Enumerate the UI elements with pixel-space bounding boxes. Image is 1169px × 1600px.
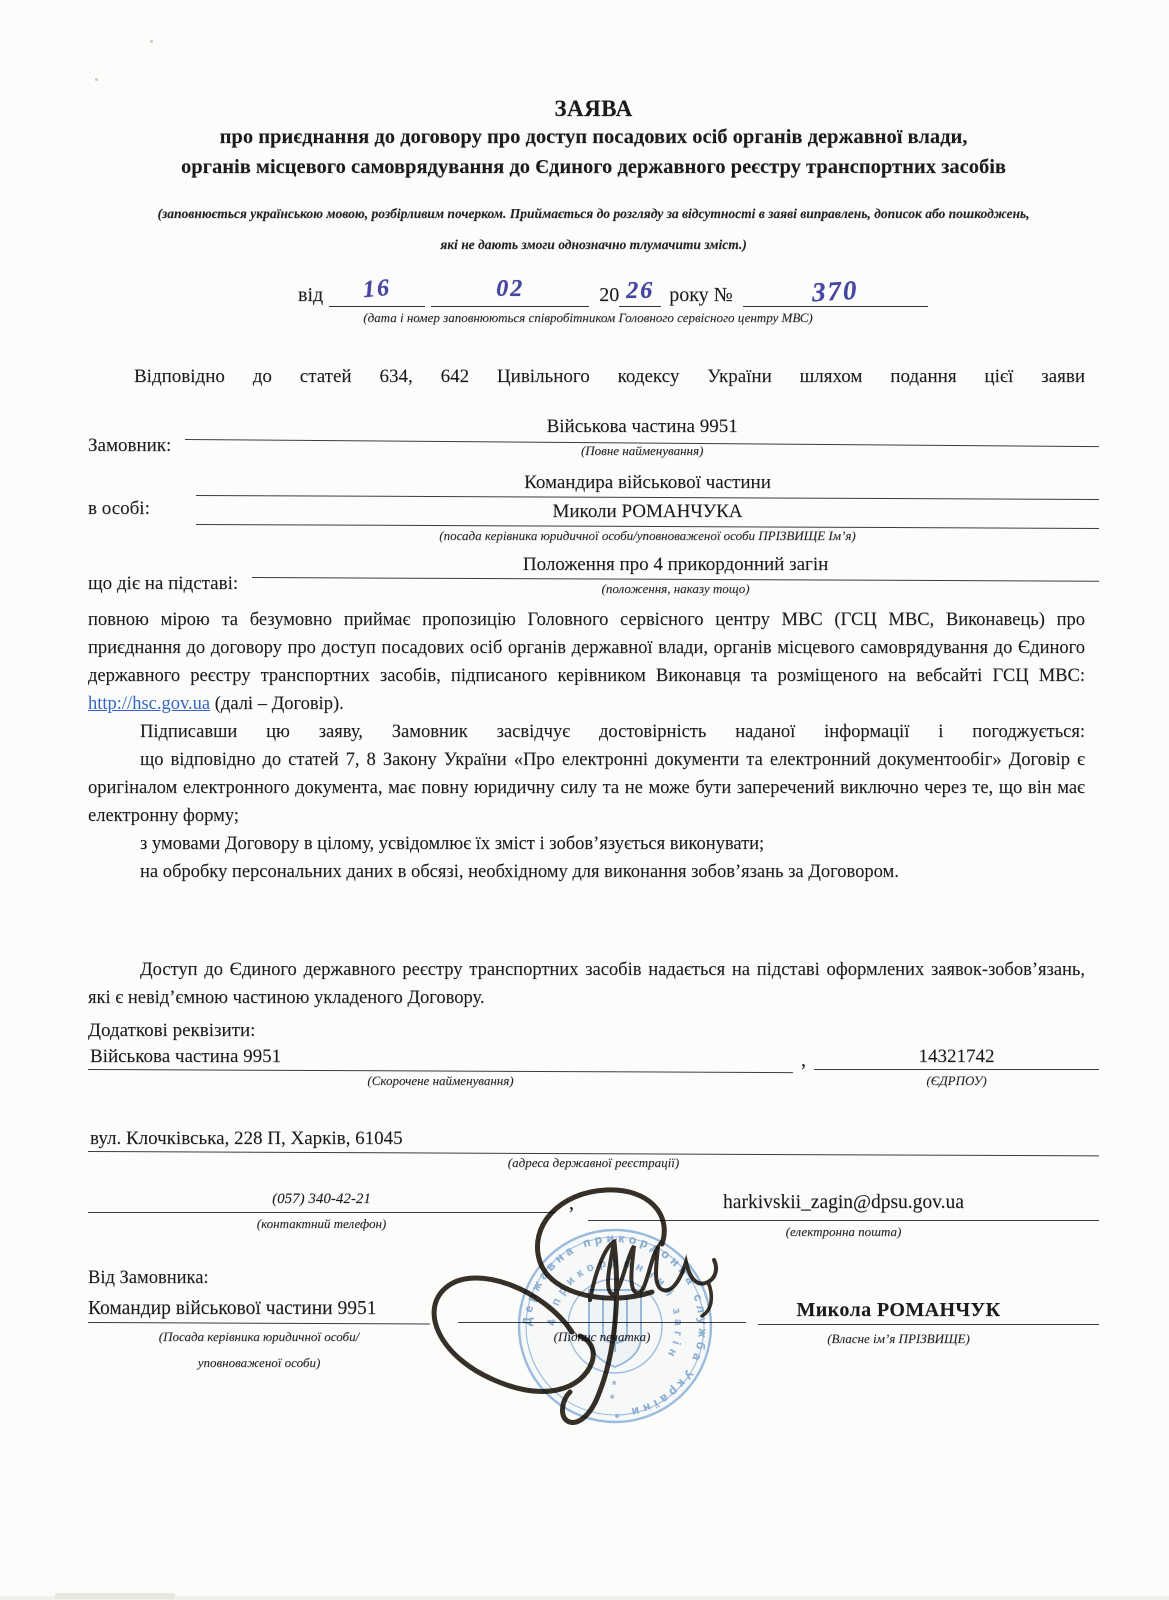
customer-value: Військова частина 9951 xyxy=(185,414,1099,439)
customer-label: Замовник: xyxy=(88,433,185,458)
note-line1: (заповнюється українською мовою, розбірл… xyxy=(88,198,1099,229)
basis-fill: Положення про 4 прикордонний загін (поло… xyxy=(252,552,1099,596)
name-caption: (Власне ім’я ПРІЗВИЩЕ) xyxy=(758,1325,1039,1346)
body-paragraph-4: з умовами Договору в цілому, усвідомлює … xyxy=(88,830,1099,858)
date-line-caption: (дата і номер заповнюються співробітнико… xyxy=(308,307,868,325)
basis-label: що діє на підставі: xyxy=(88,571,252,596)
position-value: Командир військової частини 9951 xyxy=(88,1296,430,1322)
body-paragraph-6: Доступ до Єдиного державного реєстру тра… xyxy=(88,956,1099,1012)
month-blank: 02 xyxy=(431,276,589,307)
signature-row: Командир військової частини 9951 (Посада… xyxy=(88,1296,1099,1370)
scan-bottom-smudge xyxy=(55,1593,175,1599)
requisites-row: Військова частина 9951 (Скорочене наймен… xyxy=(88,1044,1099,1088)
body-paragraph-2: Підписавши цю заяву, Замовник засвідчує … xyxy=(88,718,1099,746)
person-value-line1: Командира військової частини xyxy=(196,470,1099,495)
document-subtitle-line1: про приєднання до договору про доступ по… xyxy=(88,122,1099,152)
basis-value: Положення про 4 прикордонний загін xyxy=(252,552,1099,577)
short-name-value: Військова частина 9951 xyxy=(88,1044,793,1069)
edrpou-value: 14321742 xyxy=(814,1044,1099,1069)
document-subtitle-line2: органів місцевого самоврядування до Єдин… xyxy=(88,152,1099,182)
number-blank: 370 xyxy=(743,276,928,307)
handwritten-number: 370 xyxy=(811,275,859,308)
stamp-asterisk-bottom: * xyxy=(610,1393,615,1405)
short-name-fill: Військова частина 9951 (Скорочене наймен… xyxy=(88,1044,793,1088)
body-paragraph-3: що відповідно до статей 7, 8 Закону Укра… xyxy=(88,746,1099,830)
email-fill: harkivskii_zagin@dpsu.gov.ua (електронна… xyxy=(588,1186,1099,1239)
phone-email-comma: , xyxy=(555,1186,588,1215)
address-fill: вул. Клочківська, 228 П, Харків, 61045 (… xyxy=(88,1126,1099,1170)
person-label: в особі: xyxy=(88,496,164,521)
intro-paragraph: Відповідно до статей 634, 642 Цивільного… xyxy=(88,363,1099,391)
p1-text-before-link: повною мірою та безумовно приймає пропоз… xyxy=(88,610,1085,686)
handwritten-year: 26 xyxy=(626,278,654,305)
stamp-asterisk-top: * xyxy=(612,1379,617,1391)
document-header: ЗАЯВА про приєднання до договору про дос… xyxy=(88,96,1099,182)
requisites-comma: , xyxy=(793,1049,814,1088)
person-row: в особі: Командира військової частини Ми… xyxy=(88,470,1099,543)
phone-value: (057) 340-42-21 xyxy=(88,1186,555,1212)
customer-row: Замовник: Військова частина 9951 (Повне … xyxy=(88,414,1099,458)
from-customer-label: Від Замовника: xyxy=(88,1268,1099,1289)
phone-caption: (контактний телефон) xyxy=(88,1213,555,1231)
signature-fill: (Підпис печатка) xyxy=(458,1296,746,1344)
name-fill: Микола РОМАНЧУК (Власне ім’я ПРІЗВИЩЕ) xyxy=(758,1296,1099,1346)
scanned-application-document: ЗАЯВА про приєднання до договору про дос… xyxy=(0,0,1169,1600)
address-value: вул. Клочківська, 228 П, Харків, 61045 xyxy=(88,1126,1099,1151)
fill-instructions-note: (заповнюється українською мовою, розбірл… xyxy=(88,198,1099,260)
page-title: ЗАЯВА xyxy=(88,96,1099,122)
day-blank: 16 xyxy=(329,276,425,307)
handwritten-day: 16 xyxy=(362,275,392,304)
requisites-heading: Додаткові реквізити: xyxy=(88,1018,1099,1043)
scan-speck xyxy=(95,78,98,81)
year-blank: 26 xyxy=(619,276,661,307)
phone-fill: (057) 340-42-21 (контактний телефон) xyxy=(88,1186,555,1231)
edrpou-fill: 14321742 (ЄДРПОУ) xyxy=(814,1044,1099,1088)
year-century-label: 20 xyxy=(599,284,619,307)
email-caption: (електронна пошта) xyxy=(588,1221,1099,1239)
address-block: вул. Клочківська, 228 П, Харків, 61045 (… xyxy=(88,1126,1099,1170)
basis-row: що діє на підставі: Положення про 4 прик… xyxy=(88,552,1099,596)
date-prefix-label: від xyxy=(298,284,323,307)
roku-number-label: року № xyxy=(669,284,733,307)
scan-bottom-edge xyxy=(0,1596,1169,1600)
body-paragraph-1: повною мірою та безумовно приймає пропоз… xyxy=(88,606,1099,718)
position-caption-line2: уповноваженої особи) xyxy=(88,1344,430,1370)
email-value: harkivskii_zagin@dpsu.gov.ua xyxy=(588,1186,1099,1220)
position-caption-line1: (Посада керівника юридичної особи/ xyxy=(88,1323,430,1344)
body-paragraph-5: на обробку персональних даних в обсязі, … xyxy=(88,858,1099,886)
short-name-caption: (Скорочене найменування) xyxy=(88,1070,793,1088)
signature-caption: (Підпис печатка) xyxy=(458,1323,746,1344)
hsc-link: http://hsc.gov.ua xyxy=(88,694,210,714)
edrpou-caption: (ЄДРПОУ) xyxy=(814,1070,1099,1088)
body-paragraphs: повною мірою та безумовно приймає пропоз… xyxy=(88,606,1099,886)
p1-text-after-link: (далі – Договір). xyxy=(210,694,344,714)
signature-space xyxy=(458,1296,746,1322)
phone-email-row: (057) 340-42-21 (контактний телефон) , h… xyxy=(88,1186,1099,1239)
customer-fill: Військова частина 9951 (Повне найменуван… xyxy=(185,414,1099,458)
requisites-section: Додаткові реквізити: Військова частина 9… xyxy=(88,1018,1099,1088)
name-value: Микола РОМАНЧУК xyxy=(758,1296,1039,1324)
person-fill: Командира військової частини Миколи РОМА… xyxy=(196,470,1099,543)
date-number-line: від 16 02 20 26 року № 370 (дата і номер… xyxy=(88,276,1099,325)
person-value-line2: Миколи РОМАНЧУКА xyxy=(196,499,1099,524)
scan-speck xyxy=(150,40,153,43)
handwritten-month: 02 xyxy=(496,276,524,302)
position-fill: Командир військової частини 9951 (Посада… xyxy=(88,1296,430,1370)
note-line2: які не дають змоги однозначно тлумачити … xyxy=(88,229,1099,260)
